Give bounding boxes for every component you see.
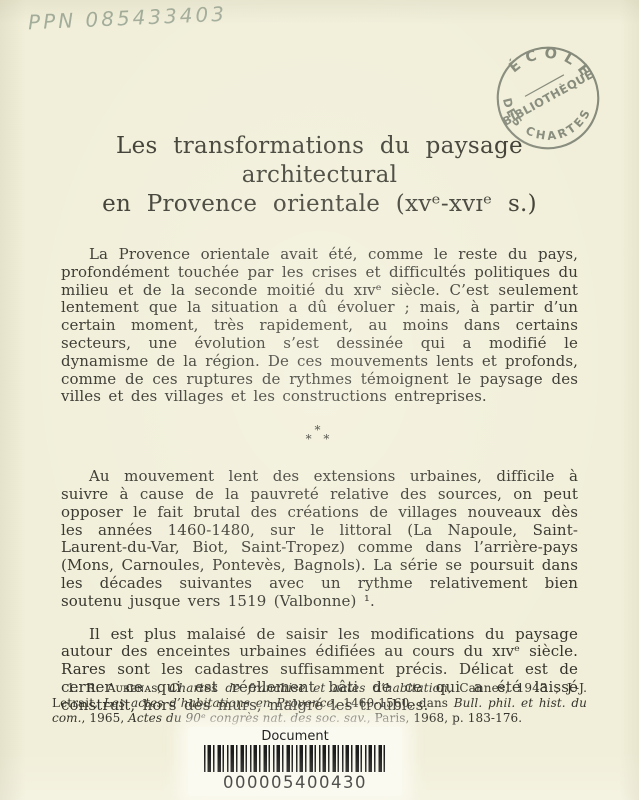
- footnote-title-1: Chartes de franchise et actes d’habitati…: [169, 681, 448, 695]
- footnote-title-2: Les actes d’habitations en Provence: [104, 696, 334, 710]
- handwritten-ppn-annotation: PPN 085433403: [28, 2, 228, 35]
- barcode-bars: [204, 745, 386, 772]
- asterisk-separator: * * *: [61, 426, 578, 444]
- footnote-proceedings: Actes du 90ᵉ congrès nat. des soc. sav.: [128, 711, 367, 725]
- footnote-middle-2: , 1460-1560, dans: [334, 696, 454, 710]
- barcode-title: Document: [188, 729, 402, 744]
- paragraph-2: Au mouvement lent des extensions urbaine…: [61, 468, 578, 610]
- footnote-middle-3: , 1965,: [82, 711, 129, 725]
- title-line-2: en Provence orientale (xvᵉ-xvɪᵉ s.): [61, 190, 578, 219]
- article-text-column: Les transformations du paysage architect…: [61, 132, 578, 715]
- scanned-document-page: PPN 085433403 ÉCOLE DES CHARTES BIBLIOTH…: [0, 0, 639, 800]
- footnote: 1. R. Aᴜʙᴇɴᴀs, Chartes de franchise et a…: [52, 681, 587, 725]
- title-line-1: Les transformations du paysage architect…: [61, 132, 578, 190]
- footnote-pages: , Paris, 1968, p. 183-176.: [367, 711, 522, 725]
- separator-bottom-asterisks: * *: [61, 435, 578, 444]
- article-title: Les transformations du paysage architect…: [61, 132, 578, 219]
- barcode-number: 000005400430: [188, 773, 402, 792]
- barcode-label-block: Document 000005400430: [188, 727, 402, 796]
- footnote-ref-author: 1. R. Aᴜʙᴇɴᴀs,: [67, 681, 169, 695]
- paragraph-1: La Provence orientale avait été, comme l…: [61, 246, 578, 406]
